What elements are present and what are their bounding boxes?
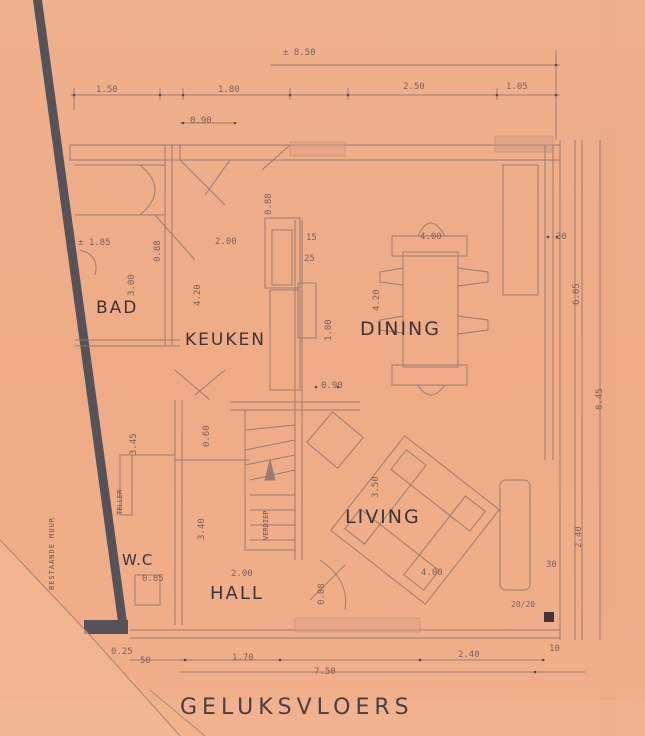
- dim-dining-height: 4.20: [373, 289, 382, 311]
- room-label-dining: DINING: [360, 320, 441, 339]
- dim-living-diag: 3.50: [372, 476, 381, 498]
- dim-door-088-c: 0.88: [318, 583, 327, 605]
- dim-top-1: 1.50: [96, 86, 118, 95]
- room-label-hall: HALL: [210, 585, 264, 603]
- dim-chimney: 1.00: [325, 319, 334, 341]
- dim-keuken-height: 4.20: [194, 284, 203, 306]
- dim-bad-width: ± 1.85: [78, 239, 111, 248]
- room-label-wc: W.C: [122, 553, 153, 568]
- dim-door-060: 0.60: [203, 425, 212, 447]
- dim-door-088-a: 0.88: [154, 240, 163, 262]
- dim-wall-30-right: 30: [556, 233, 567, 242]
- dim-right-overall: 8.45: [596, 388, 605, 410]
- room-label-living: LIVING: [345, 508, 421, 527]
- dim-wall-30-bottom: 30: [546, 561, 557, 570]
- dim-right-upper: 6.05: [573, 283, 582, 305]
- dim-top-3: 2.50: [403, 83, 425, 92]
- dim-door-090-b: 0.90: [321, 382, 343, 391]
- column-20x20: [544, 612, 554, 622]
- dim-keuken-width: 2.00: [215, 238, 237, 247]
- dim-top-overall: ± 8.50: [283, 49, 316, 58]
- dim-wc-width: 0.85: [142, 575, 164, 584]
- dim-bad-height: 3.00: [128, 274, 137, 296]
- dim-bottom-overall: 7.50: [314, 668, 336, 677]
- note-teller: TELLER: [116, 490, 124, 515]
- floor-plan-drawing: [0, 0, 645, 736]
- note-verdiep: VERDIEP: [262, 510, 270, 540]
- dim-hall-width: 2.00: [231, 570, 253, 579]
- dim-living-width: 4.00: [421, 569, 443, 578]
- room-label-keuken: KEUKEN: [185, 332, 266, 349]
- dim-door-090: 0.90: [190, 117, 212, 126]
- dim-bottom-3: 1.70: [232, 654, 254, 663]
- dim-bottom-5: 10: [549, 645, 560, 654]
- note-existing-wall: BESTAANDE MUUR: [48, 517, 56, 590]
- drawing-title: GELUKSVLOERS: [180, 697, 414, 719]
- room-label-bad: BAD: [96, 300, 138, 317]
- dim-wall-15: 15: [306, 234, 317, 243]
- dim-left-mid: 3.45: [130, 433, 139, 455]
- dim-door-088-b: 0.88: [265, 193, 274, 215]
- dim-top-2: 1.80: [218, 86, 240, 95]
- dim-right-lower: 2.40: [575, 526, 584, 548]
- dim-top-4: 1.05: [506, 83, 528, 92]
- dim-bottom-1: 0.25: [111, 648, 133, 657]
- dim-bottom-2: 50: [140, 657, 151, 666]
- dim-dining-width: 4.00: [420, 233, 442, 242]
- note-column: 20/20: [511, 601, 535, 609]
- dim-bottom-4: 2.40: [458, 651, 480, 660]
- dim-left-lower: 3.40: [198, 518, 207, 540]
- dim-wall-25: 25: [304, 255, 315, 264]
